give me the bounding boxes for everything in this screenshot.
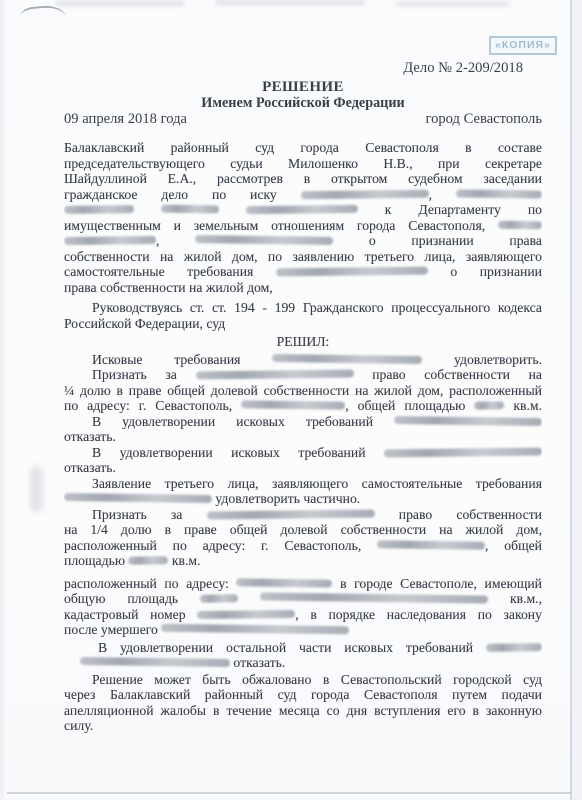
text-line: Решение может быть обжаловано в Севастоп… bbox=[64, 672, 542, 688]
text-line: права собственности на жилой дом, bbox=[64, 280, 542, 296]
text-run: Признать за bbox=[92, 367, 196, 382]
text-line: к Департаменту по bbox=[64, 202, 542, 218]
redaction-mark bbox=[80, 657, 230, 667]
text-run: удовлетворить. bbox=[422, 352, 542, 367]
text-run: расположенный по адресу: bbox=[64, 576, 236, 591]
redaction-mark bbox=[200, 594, 238, 602]
redaction-mark bbox=[241, 400, 345, 409]
text-line: ¼ долю в праве общей долевой собственнос… bbox=[64, 383, 542, 399]
text-run bbox=[134, 202, 161, 217]
text-line: расположенный по адресу: в городе Севаст… bbox=[64, 576, 542, 592]
redaction-mark bbox=[128, 556, 168, 564]
scan-right-edge bbox=[570, 0, 572, 800]
scan-bottom-edge bbox=[0, 792, 572, 794]
text-run: кадастровый номер bbox=[64, 607, 197, 622]
text-run: В удовлетворении исковых требований bbox=[92, 445, 384, 460]
text-line: В удовлетворении остальной части исковых… bbox=[64, 640, 542, 656]
text-run: отказать. bbox=[230, 655, 285, 670]
text-run: гражданское дело по иску bbox=[64, 187, 301, 202]
text-run: в городе Севастополе, имеющий bbox=[332, 576, 542, 591]
text-line: Руководствуясь ст. ст. 194 - 199 Граждан… bbox=[64, 300, 542, 316]
text-run: право собственности bbox=[375, 507, 542, 522]
text-run: собственности на жилой дом, по заявлению… bbox=[64, 249, 542, 264]
text-line: апелляционной жалобы в течение месяца со… bbox=[64, 703, 542, 719]
document-page: «КОПИЯ» Дело № 2-209/2018 РЕШЕНИЕ Именем… bbox=[0, 0, 582, 800]
text-run: , bbox=[429, 187, 456, 202]
text-line: по адресу: г. Севастополь, , общей площа… bbox=[64, 398, 542, 414]
redaction-mark bbox=[486, 643, 542, 652]
text-line: Шайдуллиной Е.А., рассмотрев в открытом … bbox=[64, 171, 542, 187]
text-run: Руководствуясь ст. ст. 194 - 199 Граждан… bbox=[92, 300, 542, 315]
redaction-mark bbox=[301, 189, 429, 199]
decision-city: город Севастополь bbox=[425, 111, 542, 128]
text-run: на 1/4 долю в праве общей долевой собств… bbox=[64, 522, 542, 537]
text-run: председательствующего судьи Милошенко Н.… bbox=[64, 156, 542, 171]
redaction-mark bbox=[236, 578, 332, 587]
text-line: Балаклавский районный суд города Севасто… bbox=[64, 140, 542, 156]
redaction-mark bbox=[384, 447, 542, 457]
title-block: РЕШЕНИЕ Именем Российской Федерации bbox=[64, 79, 542, 111]
text-line: Заявление третьего лица, заявляющего сам… bbox=[64, 476, 542, 492]
text-line: расположенный по адресу: г. Севастополь,… bbox=[64, 538, 542, 554]
text-run: В удовлетворении исковых требований bbox=[92, 414, 394, 429]
text-line: после умершего bbox=[64, 622, 542, 638]
text-run: Российской Федерации, суд bbox=[64, 316, 225, 331]
text-run: по адресу: г. Севастополь, bbox=[64, 398, 241, 413]
text-run: Балаклавский районный суд города Севасто… bbox=[64, 140, 542, 155]
text-line: гражданское дело по иску , bbox=[64, 187, 542, 203]
redaction-mark bbox=[64, 236, 156, 245]
document-subtitle: Именем Российской Федерации bbox=[64, 95, 542, 111]
text-line: Признать за право собственности на bbox=[64, 367, 542, 383]
scan-left-shade bbox=[0, 0, 7, 800]
bleedthrough-mark bbox=[395, 2, 510, 6]
body-lines: Балаклавский районный суд города Севасто… bbox=[64, 140, 542, 734]
document-title: РЕШЕНИЕ bbox=[64, 79, 542, 95]
text-line: отказать. bbox=[64, 460, 542, 476]
date-row: 09 апреля 2018 года город Севастополь bbox=[64, 111, 542, 128]
text-run: о признании права bbox=[333, 233, 542, 248]
redaction-mark bbox=[498, 220, 542, 229]
text-run: после умершего bbox=[64, 622, 161, 637]
text-run: самостоятельные требования bbox=[64, 264, 276, 279]
text-run: Признать за bbox=[92, 507, 207, 522]
text-run: права собственности на жилой дом, bbox=[64, 280, 273, 295]
text-line: кадастровый номер , в порядке наследован… bbox=[64, 607, 542, 623]
text-line: отказать. bbox=[64, 655, 542, 671]
text-line: на 1/4 долю в праве общей долевой собств… bbox=[64, 522, 542, 538]
text-run: В удовлетворении остальной части исковых… bbox=[98, 640, 486, 655]
text-run: имущественным и земельным отношениям гор… bbox=[64, 218, 498, 233]
pen-mark bbox=[19, 4, 66, 22]
redaction-mark bbox=[272, 353, 422, 363]
redaction-mark bbox=[377, 540, 485, 550]
text-line: Исковые требования удовлетворить. bbox=[64, 352, 542, 368]
redaction-mark bbox=[246, 205, 358, 214]
text-line: РЕШИЛ: bbox=[64, 334, 542, 350]
redaction-mark bbox=[260, 592, 488, 603]
text-run: Решение может быть обжаловано в Севастоп… bbox=[92, 672, 542, 687]
bleedthrough-mark bbox=[215, 0, 365, 5]
case-number: Дело № 2-209/2018 bbox=[64, 60, 523, 77]
redaction-mark bbox=[394, 415, 542, 425]
text-run: право собственности на bbox=[354, 367, 542, 382]
text-line: общую площадь кв.м., bbox=[64, 591, 542, 607]
text-line: самостоятельные требования о признании bbox=[64, 264, 542, 280]
text-run: Заявление третьего лица, заявляющего сам… bbox=[92, 476, 542, 491]
text-run: , в порядке наследования по закону bbox=[295, 607, 542, 622]
text-run: удовлетворить частично. bbox=[212, 491, 360, 506]
scan-right-band bbox=[572, 0, 582, 800]
text-line: имущественным и земельным отношениям гор… bbox=[64, 218, 542, 234]
text-run: Шайдуллиной Е.А., рассмотрев в открытом … bbox=[64, 171, 542, 186]
redaction-mark bbox=[64, 205, 134, 214]
text-run: , bbox=[156, 233, 195, 248]
text-line: В удовлетворении исковых требований bbox=[64, 445, 542, 461]
redaction-mark bbox=[195, 235, 333, 245]
text-run: отказать. bbox=[64, 460, 116, 475]
text-run: силу. bbox=[64, 718, 93, 733]
text-run: апелляционной жалобы в течение месяца со… bbox=[64, 703, 542, 718]
redaction-mark bbox=[456, 189, 542, 198]
text-run bbox=[238, 591, 260, 606]
text-line: отказать. bbox=[64, 429, 542, 445]
text-run: отказать. bbox=[64, 429, 116, 444]
text-run: кв.м. bbox=[504, 398, 542, 413]
redaction-mark bbox=[161, 624, 349, 635]
text-line: площадью кв.м. bbox=[64, 553, 542, 569]
redaction-mark bbox=[197, 609, 295, 618]
text-run: Исковые требования bbox=[92, 352, 272, 367]
text-run: кв.м., bbox=[488, 591, 542, 606]
text-run: , общей bbox=[485, 538, 542, 553]
text-run: , общей площадью bbox=[345, 398, 474, 413]
redaction-mark bbox=[474, 401, 504, 409]
text-run bbox=[219, 202, 246, 217]
redaction-mark bbox=[161, 205, 219, 214]
text-line: собственности на жилой дом, по заявлению… bbox=[64, 249, 542, 265]
text-run: ¼ долю в праве общей долевой собственнос… bbox=[64, 383, 542, 398]
text-line: В удовлетворении исковых требований bbox=[64, 414, 542, 430]
text-run: РЕШИЛ: bbox=[277, 334, 330, 349]
text-line: Признать за право собственности bbox=[64, 507, 542, 523]
text-run: площадью bbox=[64, 553, 128, 568]
text-line: Российской Федерации, суд bbox=[64, 316, 542, 332]
margin-smudge bbox=[30, 466, 43, 512]
text-line: удовлетворить частично. bbox=[64, 491, 542, 507]
redaction-mark bbox=[195, 370, 353, 380]
text-line: через Балаклавский районный суд города С… bbox=[64, 687, 542, 703]
redaction-mark bbox=[276, 267, 428, 277]
bleedthrough-mark bbox=[55, 1, 185, 6]
text-line: силу. bbox=[64, 718, 542, 734]
copy-stamp: «КОПИЯ» bbox=[489, 36, 557, 55]
redaction-mark bbox=[64, 493, 212, 503]
text-line: председательствующего судьи Милошенко Н.… bbox=[64, 156, 542, 172]
text-run: общую площадь bbox=[64, 591, 200, 606]
text-run: кв.м. bbox=[168, 553, 200, 568]
text-run: через Балаклавский районный суд города С… bbox=[64, 687, 542, 702]
text-run: к Департаменту по bbox=[358, 202, 542, 217]
text-line: , о признании права bbox=[64, 233, 542, 249]
text-run: о признании bbox=[428, 264, 542, 279]
text-run: расположенный по адресу: г. Севастополь, bbox=[64, 538, 377, 553]
redaction-mark bbox=[207, 509, 375, 519]
decision-date: 09 апреля 2018 года bbox=[64, 111, 187, 128]
